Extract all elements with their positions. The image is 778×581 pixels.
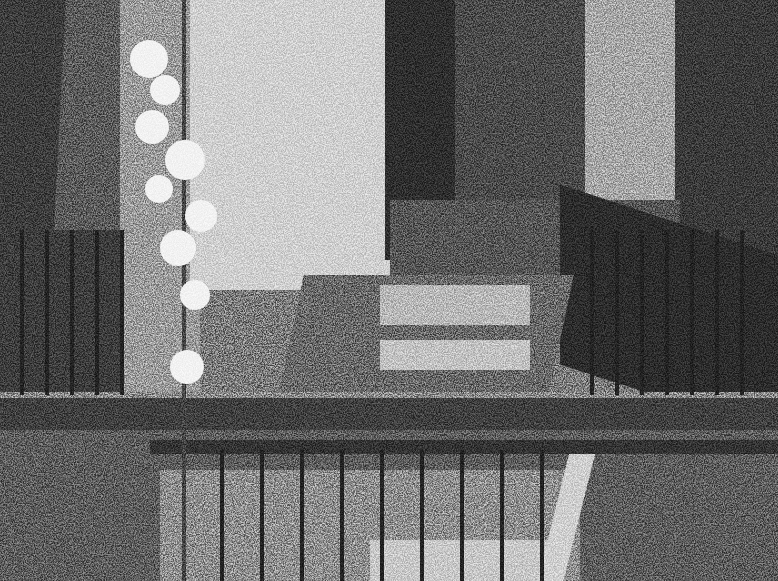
baluster xyxy=(640,230,644,395)
handrail-highlight xyxy=(0,392,778,398)
bright-wall xyxy=(190,0,390,290)
baluster xyxy=(420,450,424,581)
baluster xyxy=(615,230,619,395)
flower-blossom xyxy=(145,175,173,203)
lit-step-lower xyxy=(380,340,530,370)
photo xyxy=(0,0,778,581)
baluster xyxy=(740,230,744,395)
baluster xyxy=(120,230,124,395)
baluster xyxy=(95,230,99,395)
baluster xyxy=(340,450,344,581)
doorway xyxy=(455,0,585,200)
flower-blossom xyxy=(135,110,169,144)
baluster xyxy=(665,230,669,395)
baluster xyxy=(45,230,49,395)
flower-blossom xyxy=(170,350,204,384)
baluster xyxy=(690,230,694,395)
baluster xyxy=(715,230,719,395)
flower-blossom xyxy=(185,200,217,232)
lit-step-upper xyxy=(380,285,530,325)
baluster xyxy=(540,450,544,581)
lower-rail xyxy=(150,440,778,454)
baluster xyxy=(460,450,464,581)
baluster xyxy=(500,450,504,581)
baluster xyxy=(380,450,384,581)
baluster xyxy=(590,230,594,395)
baluster xyxy=(70,230,74,395)
flower-blossom xyxy=(180,280,210,310)
flower-blossom xyxy=(130,40,168,78)
baluster xyxy=(260,450,264,581)
right-door xyxy=(585,0,675,230)
flower-blossom xyxy=(165,140,205,180)
flower-blossom xyxy=(160,230,196,266)
baluster xyxy=(300,450,304,581)
baluster xyxy=(220,450,224,581)
baluster xyxy=(20,230,24,395)
flower-blossom xyxy=(150,75,180,105)
